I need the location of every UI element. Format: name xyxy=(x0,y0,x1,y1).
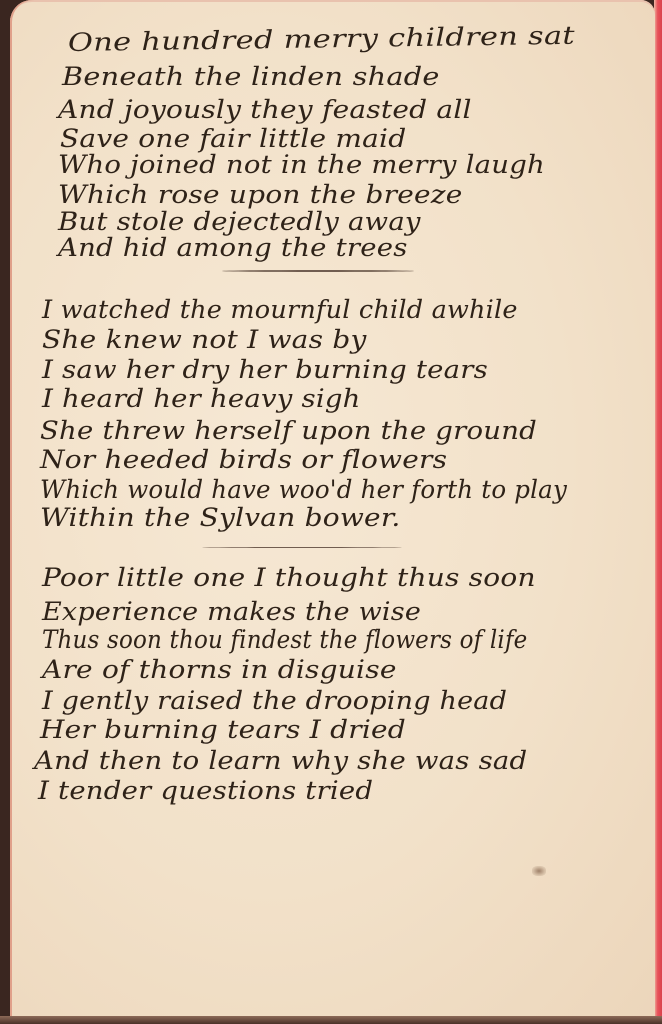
stanza-1-line-4: Save one fair little maid xyxy=(60,124,406,153)
stanza-1-line-8: And hid among the trees xyxy=(58,233,408,262)
stanza-3-line-5: I gently raised the drooping head xyxy=(42,686,507,715)
stanza-2-line-2: She knew not I was by xyxy=(42,325,367,354)
stanza-1-line-5: Who joined not in the merry laugh xyxy=(58,150,545,179)
stanza-1-line-7: But stole dejectedly away xyxy=(58,207,421,236)
stanza-1-line-6: Which rose upon the breeze xyxy=(58,180,463,209)
stanza-2-line-5: She threw herself upon the ground xyxy=(40,416,537,445)
stanza-3-line-8: I tender questions tried xyxy=(38,776,373,805)
ink-stain xyxy=(532,866,546,876)
book-bottom-edge xyxy=(0,1016,662,1024)
stanza-1-line-3: And joyously they feasted all xyxy=(58,95,472,124)
stanza-2-line-1: I watched the mournful child awhile xyxy=(42,295,518,324)
manuscript-page: One hundred merry children sat Beneath t… xyxy=(10,0,655,1016)
stanza-3-line-3: Thus soon thou findest the flowers of li… xyxy=(42,625,527,654)
stanza-2-line-7: Which would have woo'd her forth to play xyxy=(40,475,567,504)
stanza-2-line-6: Nor heeded birds or flowers xyxy=(40,445,447,474)
stanza-3-line-6: Her burning tears I dried xyxy=(40,715,406,744)
stanza-3-line-4: Are of thorns in disguise xyxy=(42,655,397,684)
stanza-3-line-2: Experience makes the wise xyxy=(42,597,421,626)
stanza-3-line-1: Poor little one I thought thus soon xyxy=(42,563,536,592)
page-edge-red xyxy=(654,0,662,1024)
stanza-2-line-8: Within the Sylvan bower. xyxy=(40,503,400,532)
stanza-2-line-3: I saw her dry her burning tears xyxy=(42,355,488,384)
stanza-divider-1 xyxy=(222,270,414,272)
stanza-3-line-7: And then to learn why she was sad xyxy=(34,746,527,775)
stanza-1-line-2: Beneath the linden shade xyxy=(62,62,440,91)
stanza-1-line-1: One hundred merry children sat xyxy=(68,21,575,57)
stanza-2-line-4: I heard her heavy sigh xyxy=(42,384,361,413)
stanza-divider-2 xyxy=(202,547,402,548)
